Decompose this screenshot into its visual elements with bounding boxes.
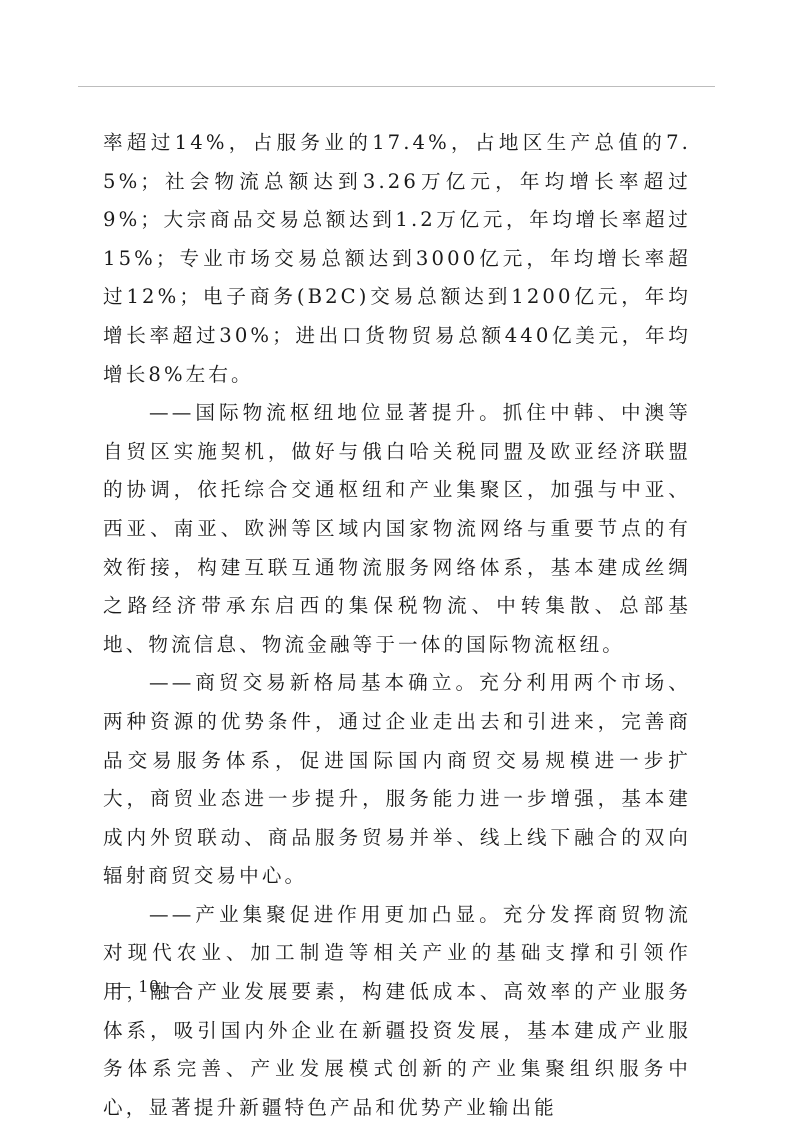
header-rule <box>78 86 715 87</box>
page-number: — 10 — <box>112 976 187 997</box>
paragraph-logistics-hub: ——国际物流枢纽地位显著提升。抓住中韩、中澳等自贸区实施契机，做好与俄白哈关税同… <box>103 394 691 664</box>
document-body: 率超过14%，占服务业的17.4%，占地区生产总值的7.5%；社会物流总额达到3… <box>103 124 691 1122</box>
paragraph-targets-continued: 率超过14%，占服务业的17.4%，占地区生产总值的7.5%；社会物流总额达到3… <box>103 124 691 394</box>
paragraph-trade-pattern: ——商贸交易新格局基本确立。充分利用两个市场、两种资源的优势条件，通过企业走出去… <box>103 664 691 896</box>
paragraph-industry-cluster: ——产业集聚促进作用更加凸显。充分发挥商贸物流对现代农业、加工制造等相关产业的基… <box>103 896 691 1122</box>
